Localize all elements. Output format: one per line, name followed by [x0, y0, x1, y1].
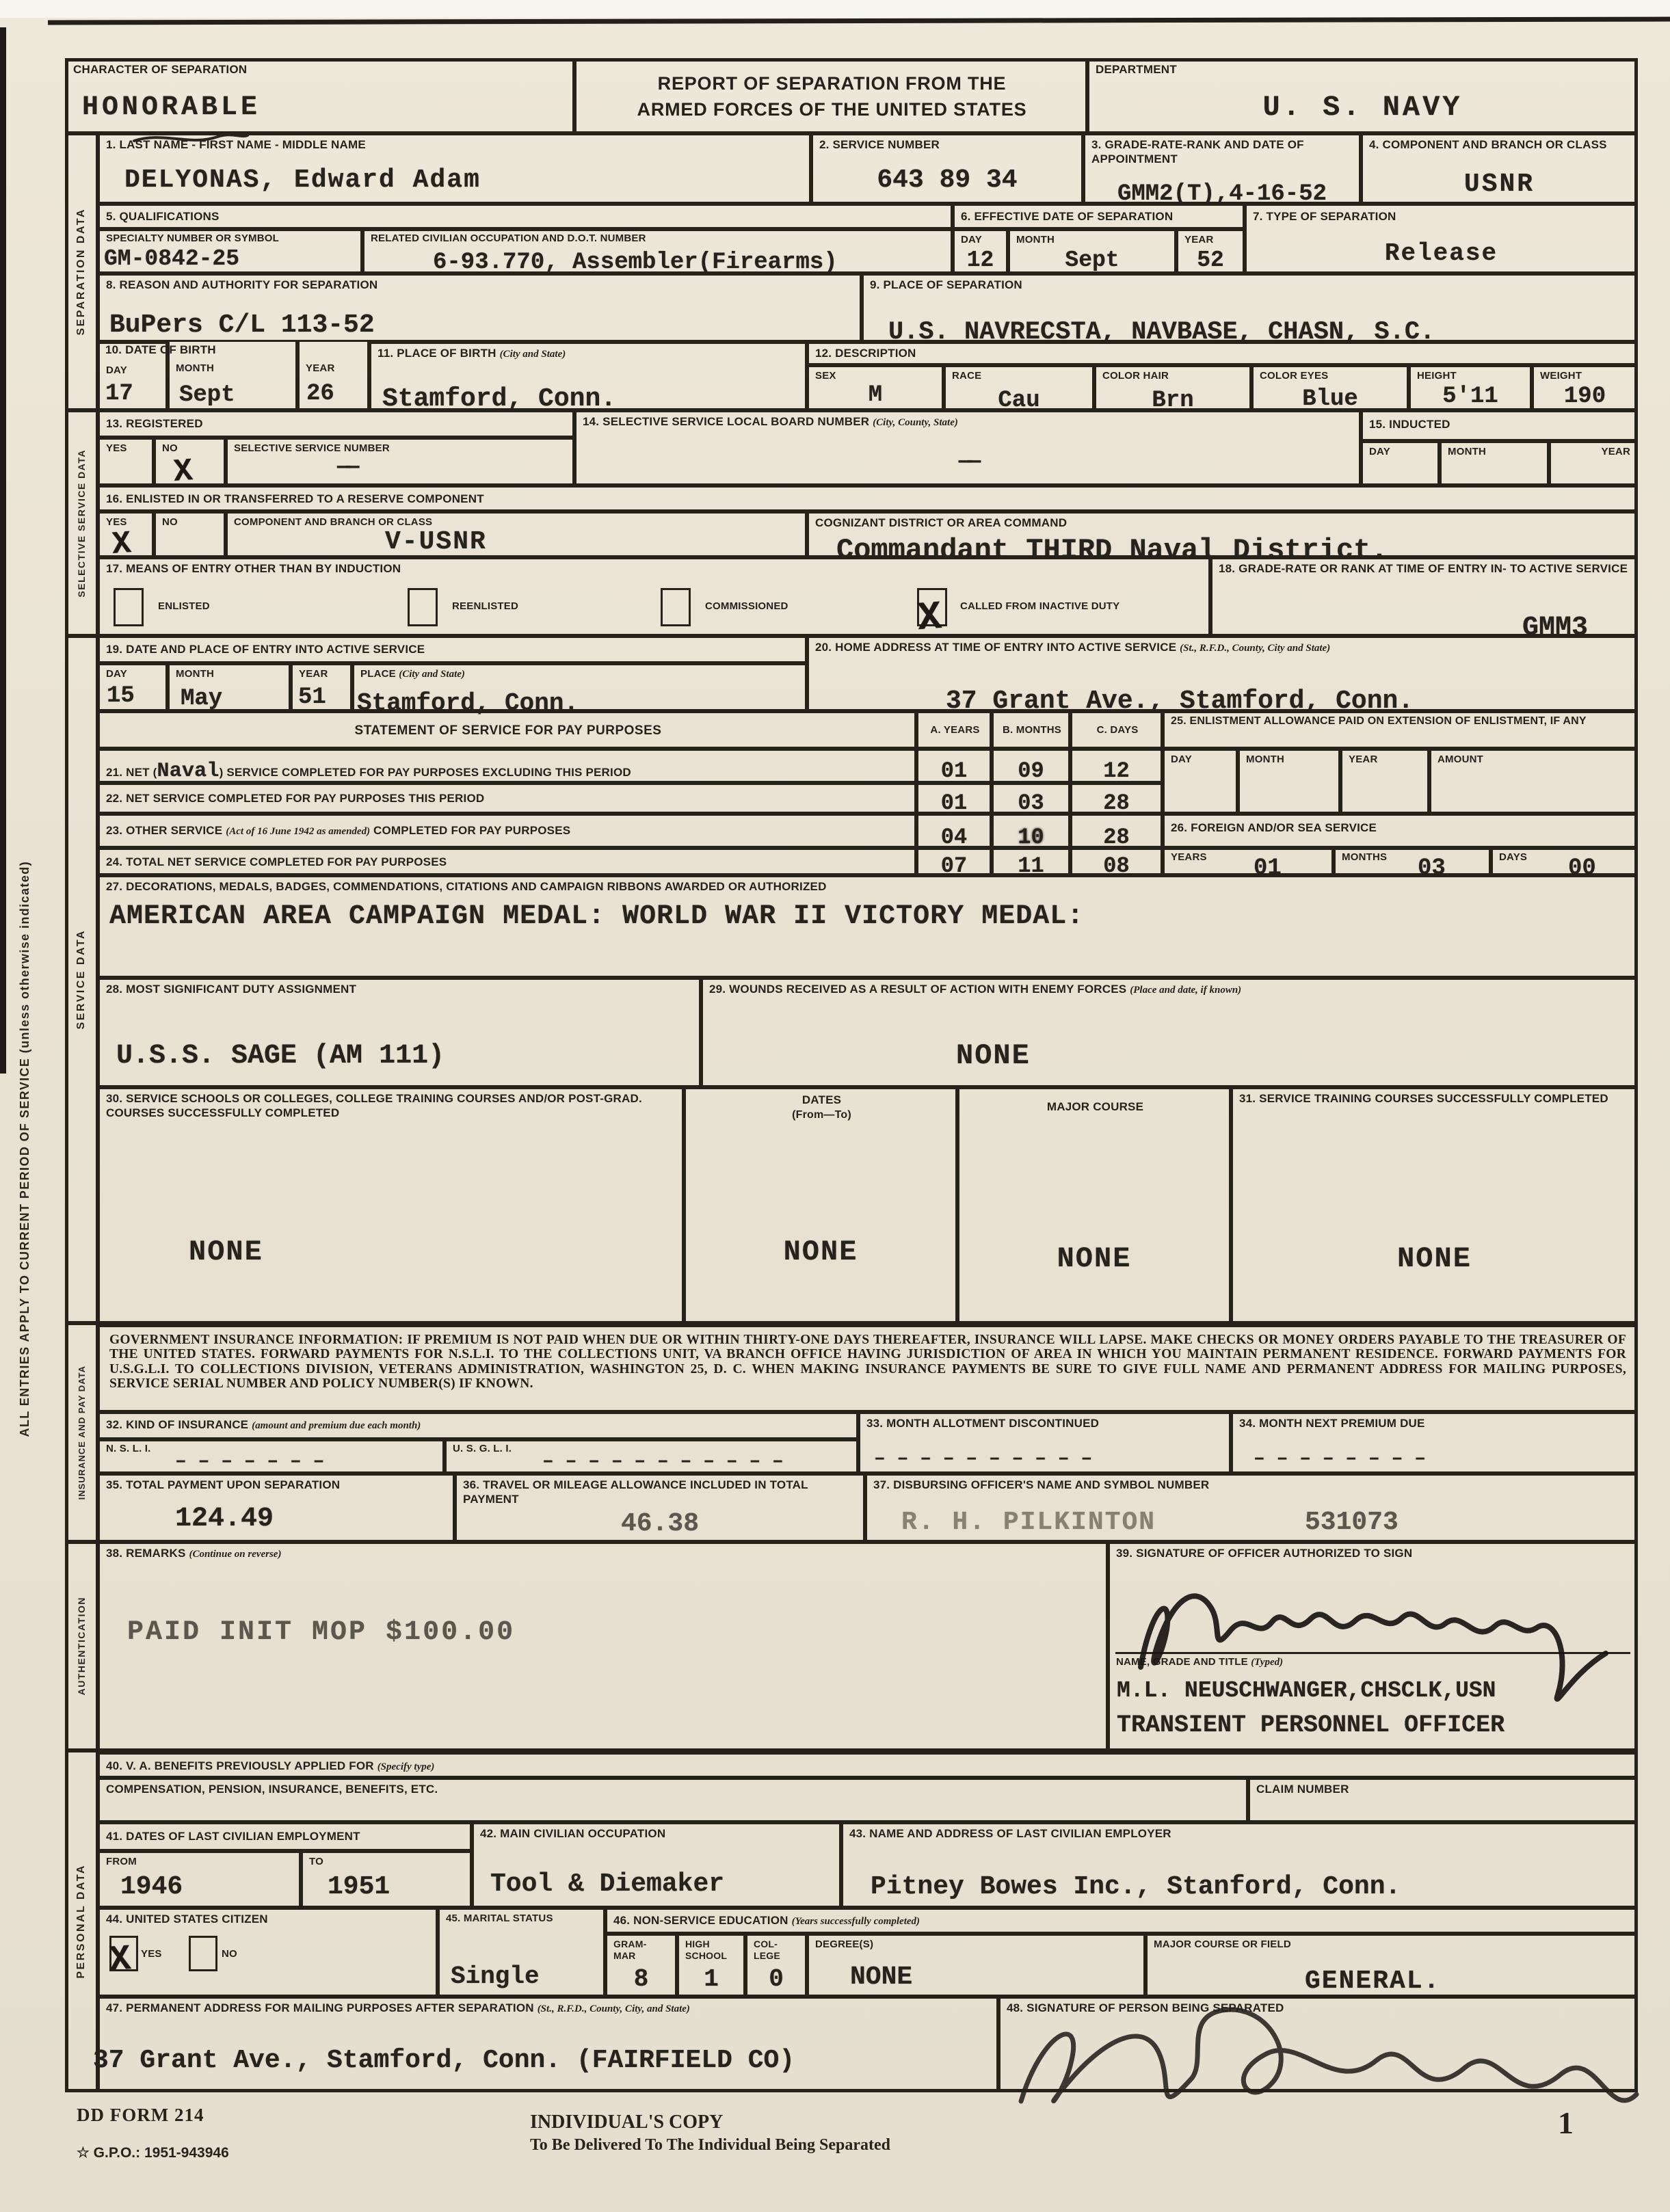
field-29-label-sub: (Place and date, if known): [1130, 985, 1241, 996]
field-44-label: 44. UNITED STATES CITIZEN: [106, 1913, 432, 1927]
field-13-label: 13. REGISTERED: [106, 417, 568, 431]
field-46-label-text: 46. NON-SERVICE EDUCATION: [613, 1914, 788, 1927]
field-13-yes: YES: [98, 438, 154, 485]
form-title-box: REPORT OF SEPARATION FROM THE ARMED FORC…: [574, 58, 1087, 133]
field-2-value: 643 89 34: [813, 168, 1081, 194]
field-16-yes-mark: X: [111, 528, 132, 561]
field-39-officer-signature: 39. SIGNATURE OF OFFICER AUTHORIZED TO S…: [1108, 1542, 1638, 1750]
form-number: DD FORM 214: [77, 2105, 204, 2126]
field-47-value: 37 Grant Ave., Stamford, Conn. (FAIRFIEL…: [93, 2048, 795, 2074]
field-16-cognizant-district: COGNIZANT DISTRICT OR AREA COMMAND Comma…: [807, 511, 1638, 557]
field-29-value: NONE: [956, 1041, 1031, 1070]
row-24-months-value: 11: [994, 855, 1068, 877]
gpo-number: ☆ G.P.O.: 1951-943946: [77, 2144, 229, 2161]
field-41-to-value: 1951: [328, 1874, 390, 1900]
field-20-home-address: 20. HOME ADDRESS AT TIME OF ENTRY INTO A…: [807, 636, 1638, 711]
color-eyes-value: Blue: [1254, 388, 1407, 411]
field-47-permanent-address: 47. PERMANENT ADDRESS FOR MAILING PURPOS…: [98, 1997, 998, 2092]
field-32-nsli: N. S. L. I. – – – – – – –: [98, 1439, 445, 1474]
field-31-value: NONE: [1233, 1244, 1636, 1273]
field-25-enlistment-allowance: 25. ENLISTMENT ALLOWANCE PAID ON EXTENSI…: [1163, 711, 1638, 749]
row-21-naval-value: Naval: [157, 760, 220, 783]
field-14-label-sub: (City, County, State): [873, 417, 958, 428]
row-22-days: 28: [1070, 783, 1163, 814]
row-22-months-value: 03: [994, 792, 1068, 814]
field-18-grade-at-entry: 18. GRADE-RATE OR RANK AT TIME OF ENTRY …: [1210, 557, 1638, 636]
rail-authentication: AUTHENTICATION: [65, 1542, 98, 1750]
row-24-days: 08: [1070, 848, 1163, 875]
name-grade-title-label-sub: (Typed): [1251, 1657, 1283, 1668]
field-37-disbursing-officer: 37. DISBURSING OFFICER'S NAME AND SYMBOL…: [865, 1474, 1638, 1542]
field-10-date-of-birth: 10. DATE OF BIRTH: [99, 342, 304, 362]
field-13-no-mark: X: [172, 455, 194, 488]
color-eyes-label: COLOR EYES: [1260, 370, 1403, 382]
field-17-label: 17. MEANS OF ENTRY OTHER THAN BY INDUCTI…: [106, 562, 1204, 576]
field-11-label: 11. PLACE OF BIRTH (City and State): [377, 347, 801, 361]
compensation-label: COMPENSATION, PENSION, INSURANCE, BENEFI…: [106, 1783, 1242, 1797]
field-31-label: 31. SERVICE TRAINING COURSES SUCCESSFULL…: [1239, 1092, 1632, 1106]
row-21-months-value: 09: [994, 760, 1068, 782]
race-value: Cau: [946, 389, 1092, 412]
row-21-label: 21. NET (Naval) SERVICE COMPLETED FOR PA…: [106, 759, 910, 784]
component-class-value: V-USNR: [385, 529, 487, 555]
row-23-years-value: 04: [918, 827, 990, 849]
field-27-label: 27. DECORATIONS, MEDALS, BADGES, COMMEND…: [106, 880, 1632, 894]
field-19-year-value: 51: [298, 686, 326, 709]
cognizant-district-label: COGNIZANT DISTRICT OR AREA COMMAND: [815, 516, 1632, 531]
field-3-grade-rate-rank: 3. GRADE-RATE-RANK AND DATE OF APPOINTME…: [1083, 133, 1361, 204]
field-15-day-label: DAY: [1369, 446, 1433, 458]
component-class-label: COMPONENT AND BRANCH OR CLASS: [234, 516, 801, 529]
field-40-compensation: COMPENSATION, PENSION, INSURANCE, BENEFI…: [98, 1778, 1248, 1822]
field-30-value: NONE: [189, 1238, 263, 1266]
dates-label-line1: DATES: [692, 1093, 951, 1108]
field-25-day: DAY: [1163, 749, 1238, 814]
field-15-day: DAY: [1361, 441, 1440, 485]
col-a-years-header: A. YEARS: [916, 711, 992, 749]
field-47-label: 47. PERMANENT ADDRESS FOR MAILING PURPOS…: [106, 2001, 992, 2016]
rail-selective-service-data-label: SELECTIVE SERVICE DATA: [76, 449, 87, 598]
field-16-component-class: COMPONENT AND BRANCH OR CLASS V-USNR: [226, 511, 807, 557]
field-9-label: 9. PLACE OF SEPARATION: [870, 278, 1632, 293]
field-27-value: AMERICAN AREA CAMPAIGN MEDAL: WORLD WAR …: [109, 903, 1084, 931]
field-19-year-label: YEAR: [299, 668, 346, 680]
field-19-month: MONTH May: [168, 663, 291, 711]
field-44-us-citizen: 44. UNITED STATES CITIZEN YES NO X: [98, 1908, 438, 1997]
high-school-label: HIGH SCHOOL: [685, 1938, 739, 1962]
field-32-label: 32. KIND OF INSURANCE (amount and premiu…: [106, 1418, 852, 1433]
field-26-months: MONTHS 03: [1334, 848, 1491, 875]
weight-value: 190: [1534, 385, 1636, 408]
field-26-days: DAYS 00: [1491, 848, 1638, 875]
college-value: 0: [747, 1967, 805, 1992]
selective-service-number-value: ——: [337, 456, 355, 478]
form-title-line2: ARMED FORCES OF THE UNITED STATES: [583, 98, 1081, 121]
field-45-label: 45. MARITAL STATUS: [446, 1913, 599, 1925]
field-46-degrees: DEGREE(S) NONE: [807, 1934, 1145, 1997]
field-26-months-label: MONTHS: [1342, 851, 1485, 864]
field-7-value: Release: [1247, 241, 1636, 266]
field-40-label-text: 40. V. A. BENEFITS PREVIOUSLY APPLIED FO…: [106, 1759, 374, 1772]
field-33-label: 33. MONTH ALLOTMENT DISCONTINUED: [866, 1417, 1225, 1431]
rail-insurance-pay-data-label: INSURANCE AND PAY DATA: [77, 1365, 87, 1500]
field-6-year-value: 52: [1178, 249, 1243, 271]
dates-label-line2: (From—To): [692, 1108, 951, 1122]
high-school-value: 1: [679, 1967, 743, 1992]
field-6-month: MONTH Sept: [1008, 229, 1176, 274]
field-25-month: MONTH: [1238, 749, 1340, 814]
enlisted-checkbox: [114, 588, 144, 626]
field-30-label: 30. SERVICE SCHOOLS OR COLLEGES, COLLEGE…: [106, 1092, 678, 1120]
field-10-year-label: YEAR: [306, 362, 363, 375]
field-40-label: 40. V. A. BENEFITS PREVIOUSLY APPLIED FO…: [106, 1759, 1632, 1774]
field-41-from-label: FROM: [106, 1856, 295, 1868]
field-12-race: RACE Cau: [944, 365, 1094, 410]
field-10-month-value: Sept: [179, 384, 235, 407]
rail-insurance-pay-data: INSURANCE AND PAY DATA: [65, 1323, 98, 1542]
field-42-label: 42. MAIN CIVILIAN OCCUPATION: [480, 1827, 835, 1841]
field-28-label: 28. MOST SIGNIFICANT DUTY ASSIGNMENT: [106, 983, 695, 997]
major-field-value: GENERAL.: [1305, 1969, 1440, 1995]
field-46-high-school: HIGH SCHOOL 1: [677, 1934, 745, 1997]
col-dates-from-to: DATES (From—To) NONE: [684, 1087, 957, 1323]
field-39-label: 39. SIGNATURE OF OFFICER AUTHORIZED TO S…: [1116, 1547, 1632, 1561]
row-24-years-value: 07: [918, 855, 990, 877]
field-41-to-label: TO: [309, 1856, 466, 1868]
field-34-value: – – – – – – – –: [1254, 1450, 1426, 1469]
row-24-label: 24. TOTAL NET SERVICE COMPLETED FOR PAY …: [106, 855, 910, 870]
field-43-value: Pitney Bowes Inc., Stanford, Conn.: [871, 1874, 1401, 1900]
field-20-label: 20. HOME ADDRESS AT TIME OF ENTRY INTO A…: [815, 641, 1632, 655]
col-c-days-header: C. DAYS: [1070, 711, 1163, 749]
row-21-years-value: 01: [918, 760, 990, 782]
field-16-no: NO: [154, 511, 226, 557]
officer-typed-name: M.L. NEUSCHWANGER,CHSCLK,USN: [1117, 1679, 1496, 1702]
field-15-year: YEAR: [1549, 441, 1638, 485]
major-course-value: NONE: [959, 1244, 1229, 1273]
field-12-color-eyes: COLOR EYES Blue: [1251, 365, 1409, 410]
field-41-to: TO 1951: [301, 1851, 472, 1908]
copy-designation: INDIVIDUAL'S COPY: [530, 2111, 723, 2133]
field-47-label-sub: (St., R.F.D., County, City, and State): [538, 2003, 690, 2014]
field-1-value: DELYONAS, Edward Adam: [124, 168, 481, 194]
field-46-label: 46. NON-SERVICE EDUCATION (Years success…: [613, 1914, 1632, 1928]
field-6-month-label: MONTH: [1016, 234, 1170, 246]
field-10-day-value: 17: [105, 382, 133, 405]
field-10-month-label: MONTH: [176, 362, 291, 375]
field-25-year-label: YEAR: [1349, 754, 1423, 766]
government-insurance-information: GOVERNMENT INSURANCE INFORMATION: IF PRE…: [98, 1323, 1638, 1412]
field-9-place-of-separation: 9. PLACE OF SEPARATION U.S. NAVRECSTA, N…: [862, 274, 1638, 342]
field-40-va-benefits: 40. V. A. BENEFITS PREVIOUSLY APPLIED FO…: [98, 1750, 1638, 1778]
field-12-description: 12. DESCRIPTION: [807, 342, 1638, 365]
field-10-year-value: 26: [306, 382, 334, 405]
color-hair-value: Brn: [1096, 389, 1249, 412]
citizen-yes-mark: X: [108, 1942, 132, 1979]
field-42-civilian-occupation: 42. MAIN CIVILIAN OCCUPATION Tool & Diem…: [472, 1822, 841, 1908]
field-18-label: 18. GRADE-RATE OR RANK AT TIME OF ENTRY …: [1219, 562, 1632, 576]
field-25-day-label: DAY: [1171, 754, 1232, 766]
field-45-marital-status: 45. MARITAL STATUS Single: [438, 1908, 605, 1997]
field-29-wounds: 29. WOUNDS RECEIVED AS A RESULT OF ACTIO…: [701, 978, 1638, 1087]
field-19-label: 19. DATE AND PLACE OF ENTRY INTO ACTIVE …: [106, 643, 801, 657]
field-6-day-label: DAY: [961, 234, 1002, 246]
field-13-no: NO X: [154, 438, 226, 485]
field-15-inducted: 15. INDUCTED: [1361, 410, 1638, 441]
field-16-label: 16. ENLISTED IN OR TRANSFERRED TO A RESE…: [106, 492, 1632, 507]
name-grade-title-label: NAME, GRADE AND TITLE (Typed): [1116, 1656, 1632, 1668]
specialty-number-value: GM-0842-25: [104, 248, 239, 270]
field-25-year: YEAR: [1340, 749, 1429, 814]
field-37-label: 37. DISBURSING OFFICER'S NAME AND SYMBOL…: [873, 1478, 1632, 1493]
statement-of-service-header: STATEMENT OF SERVICE FOR PAY PURPOSES: [98, 711, 916, 749]
field-12-weight: WEIGHT 190: [1532, 365, 1638, 410]
field-12-label: 12. DESCRIPTION: [815, 347, 1632, 361]
col-major-course: MAJOR COURSE NONE: [957, 1087, 1231, 1323]
row-23-months: 10: [992, 814, 1070, 848]
field-34-next-premium-due: 34. MONTH NEXT PREMIUM DUE – – – – – – –…: [1231, 1412, 1638, 1474]
row-24-years: 07: [916, 848, 992, 875]
field-43-label: 43. NAME AND ADDRESS OF LAST CIVILIAN EM…: [849, 1827, 1632, 1841]
field-38-value: PAID INIT MOP $100.00: [127, 1619, 515, 1647]
page-number: 1: [1558, 2105, 1574, 2141]
field-13-registered: 13. REGISTERED: [98, 410, 574, 438]
field-6-year-label: YEAR: [1184, 234, 1238, 246]
rail-service-data: SERVICE DATA: [65, 636, 98, 1323]
col-a-years-label: A. YEARS: [925, 724, 985, 736]
field-19-month-label: MONTH: [176, 668, 284, 680]
field-45-value: Single: [451, 1964, 540, 1989]
specialty-number-label: SPECIALTY NUMBER OR SYMBOL: [106, 232, 356, 245]
field-2-label: 2. SERVICE NUMBER: [819, 138, 1077, 152]
row-24-months: 11: [992, 848, 1070, 875]
related-occupation-label: RELATED CIVILIAN OCCUPATION AND D.O.T. N…: [371, 232, 946, 245]
government-insurance-text: GOVERNMENT INSURANCE INFORMATION: IF PRE…: [109, 1333, 1626, 1391]
field-16-yes: YES X: [98, 511, 154, 557]
field-19-place-label-text: PLACE: [360, 668, 396, 680]
field-33-allotment-discontinued: 33. MONTH ALLOTMENT DISCONTINUED – – – –…: [858, 1412, 1231, 1474]
row-23-months-value: 10: [994, 827, 1068, 849]
row-23-label-pre: 23. OTHER SERVICE: [106, 824, 222, 837]
height-value: 5'11: [1411, 385, 1530, 408]
citizen-no-checkbox: [189, 1936, 217, 1971]
department-value: U. S. NAVY: [1089, 93, 1636, 122]
row-21-label-post: ) SERVICE COMPLETED FOR PAY PURPOSES EXC…: [220, 766, 631, 779]
usgli-value: – – – – – – – – – – –: [542, 1452, 784, 1471]
disbursing-officer-name: R. H. PILKINTON: [901, 1510, 1156, 1536]
field-43-civilian-employer: 43. NAME AND ADDRESS OF LAST CIVILIAN EM…: [841, 1822, 1638, 1908]
character-of-separation-value: HONORABLE: [82, 94, 261, 122]
color-hair-label: COLOR HAIR: [1102, 370, 1245, 382]
field-31-training-courses: 31. SERVICE TRAINING COURSES SUCCESSFULL…: [1231, 1087, 1638, 1323]
field-6-day-value: 12: [955, 249, 1006, 271]
field-28-value: U.S.S. SAGE (AM 111): [116, 1043, 445, 1070]
row-23-days: 28: [1070, 814, 1163, 848]
field-department: DEPARTMENT U. S. NAVY: [1087, 58, 1638, 133]
field-19-place-label: PLACE (City and State): [360, 668, 801, 680]
field-38-label-sub: (Continue on reverse): [189, 1549, 281, 1560]
field-26-years: YEARS 01: [1163, 848, 1334, 875]
called-from-inactive-duty-label: CALLED FROM INACTIVE DUTY: [960, 600, 1186, 613]
field-15-month: MONTH: [1440, 441, 1549, 485]
row-23-label-post: COMPLETED FOR PAY PURPOSES: [373, 824, 570, 837]
related-occupation-value: 6-93.770, Assembler(Firearms): [433, 251, 838, 274]
major-course-label: MAJOR COURSE: [966, 1100, 1225, 1115]
field-19-place: PLACE (City and State) Stamford, Conn.: [352, 663, 807, 711]
field-19-year: YEAR 51: [291, 663, 352, 711]
field-42-value: Tool & Diemaker: [490, 1871, 724, 1897]
rail-personal-data: PERSONAL DATA: [65, 1750, 98, 2092]
col-b-months-header: B. MONTHS: [992, 711, 1070, 749]
field-29-label-text: 29. WOUNDS RECEIVED AS A RESULT OF ACTIO…: [709, 983, 1126, 996]
row-24-total-net-service: 24. TOTAL NET SERVICE COMPLETED FOR PAY …: [98, 848, 916, 875]
field-2-service-number: 2. SERVICE NUMBER 643 89 34: [811, 133, 1083, 204]
field-12-height: HEIGHT 5'11: [1409, 365, 1532, 410]
field-8-reason-authority: 8. REASON AND AUTHORITY FOR SEPARATION B…: [98, 274, 862, 342]
row-24-days-value: 08: [1072, 855, 1161, 877]
field-8-value: BuPers C/L 113-52: [109, 312, 375, 338]
field-11-place-of-birth: 11. PLACE OF BIRTH (City and State) Stam…: [369, 342, 807, 410]
dates-value: NONE: [686, 1238, 955, 1266]
field-15-year-label: YEAR: [1602, 446, 1630, 458]
field-13-yes-label: YES: [106, 442, 148, 455]
degrees-label: DEGREE(S): [815, 1938, 1139, 1951]
field-15-month-label: MONTH: [1448, 446, 1543, 458]
nsli-value: – – – – – – –: [175, 1452, 324, 1471]
rail-separation-data: SEPARATION DATA: [65, 133, 98, 410]
signature-rule: [1115, 1652, 1630, 1654]
margin-note: ALL ENTRIES APPLY TO CURRENT PERIOD OF S…: [18, 568, 32, 1730]
field-19-entry-active-service: 19. DATE AND PLACE OF ENTRY INTO ACTIVE …: [98, 636, 807, 663]
row-23-label: 23. OTHER SERVICE (Act of 16 June 1942 a…: [106, 824, 910, 838]
field-26-days-label: DAYS: [1499, 851, 1632, 864]
field-19-day-label: DAY: [106, 668, 161, 680]
field-36-value: 46.38: [621, 1511, 699, 1537]
selective-service-number-label: SELECTIVE SERVICE NUMBER: [234, 442, 568, 455]
field-32-kind-of-insurance: 32. KIND OF INSURANCE (amount and premiu…: [98, 1412, 858, 1439]
field-25-month-label: MONTH: [1246, 754, 1334, 766]
field-17-means-of-entry: 17. MEANS OF ENTRY OTHER THAN BY INDUCTI…: [98, 557, 1210, 636]
sex-value: M: [809, 384, 942, 407]
row-21-label-pre: 21. NET (: [106, 766, 157, 779]
field-11-label-text: 11. PLACE OF BIRTH: [377, 347, 496, 360]
field-38-label-text: 38. REMARKS: [106, 1547, 186, 1560]
field-41-from: FROM 1946: [98, 1851, 301, 1908]
row-23-other-service: 23. OTHER SERVICE (Act of 16 June 1942 a…: [98, 814, 916, 848]
disbursing-officer-symbol: 531073: [1305, 1510, 1399, 1536]
field-40-label-sub: (Specify type): [377, 1761, 435, 1772]
major-field-label: MAJOR COURSE OR FIELD: [1154, 1938, 1632, 1951]
field-36-label: 36. TRAVEL OR MILEAGE ALLOWANCE INCLUDED…: [463, 1478, 859, 1506]
margin-note-text: ALL ENTRIES APPLY TO CURRENT PERIOD OF S…: [18, 861, 32, 1437]
field-38-remarks: 38. REMARKS (Continue on reverse) PAID I…: [98, 1542, 1108, 1750]
field-19-day-value: 15: [107, 684, 135, 708]
field-1-label: 1. LAST NAME - FIRST NAME - MIDDLE NAME: [106, 138, 805, 152]
weight-label: WEIGHT: [1540, 370, 1632, 382]
scan-artifact-left-edge: [0, 27, 6, 1074]
character-of-separation-label: CHARACTER OF SEPARATION: [73, 63, 568, 77]
field-5-related-occupation: RELATED CIVILIAN OCCUPATION AND D.O.T. N…: [362, 229, 953, 274]
row-22-years: 01: [916, 783, 992, 814]
copy-instruction: To Be Delivered To The Individual Being …: [530, 2136, 890, 2155]
col-c-days-label: C. DAYS: [1078, 724, 1156, 736]
reenlisted-checkbox: [408, 588, 438, 626]
field-36-travel-allowance: 36. TRAVEL OR MILEAGE ALLOWANCE INCLUDED…: [455, 1474, 865, 1542]
field-26-years-label: YEARS: [1171, 851, 1327, 864]
field-6-effective-date: 6. EFFECTIVE DATE OF SEPARATION: [953, 204, 1245, 229]
field-5-specialty-number: SPECIALTY NUMBER OR SYMBOL GM-0842-25: [98, 229, 362, 274]
field-26-label: 26. FOREIGN AND/OR SEA SERVICE: [1171, 821, 1632, 836]
field-6-year: YEAR 52: [1176, 229, 1245, 274]
row-21-days: 12: [1070, 749, 1163, 783]
row-21-months: 09: [992, 749, 1070, 783]
field-3-value: GMM2(T),4-16-52: [1085, 183, 1359, 206]
field-4-label: 4. COMPONENT AND BRANCH OR CLASS: [1369, 138, 1632, 152]
field-16-reserve-component: 16. ENLISTED IN OR TRANSFERRED TO A RESE…: [98, 485, 1638, 511]
grammar-value: 8: [607, 1967, 675, 1992]
department-label: DEPARTMENT: [1096, 63, 1632, 77]
field-46-college: COL- LEGE 0: [745, 1934, 807, 1997]
rail-selective-service-data: SELECTIVE SERVICE DATA: [65, 410, 98, 636]
field-47-label-text: 47. PERMANENT ADDRESS FOR MAILING PURPOS…: [106, 2001, 534, 2014]
field-10-label: 10. DATE OF BIRTH: [105, 343, 300, 358]
row-22-years-value: 01: [918, 792, 990, 814]
field-7-label: 7. TYPE OF SEPARATION: [1253, 210, 1632, 224]
scanner-edge: [0, 0, 1670, 18]
field-32-label-sub: (amount and premium due each month): [252, 1420, 421, 1431]
field-19-place-label-sub: (City and State): [399, 669, 465, 680]
field-12-color-hair: COLOR HAIR Brn: [1094, 365, 1251, 410]
row-23-years: 04: [916, 814, 992, 848]
field-11-value: Stamford, Conn.: [382, 386, 616, 412]
field-20-label-sub: (St., R.F.D., County, City and State): [1180, 643, 1330, 654]
row-22-days-value: 28: [1072, 792, 1161, 814]
field-11-label-sub: (City and State): [500, 349, 566, 360]
claim-number-label: CLAIM NUMBER: [1256, 1783, 1632, 1797]
field-6-label: 6. EFFECTIVE DATE OF SEPARATION: [961, 210, 1238, 224]
field-46-non-service-education: 46. NON-SERVICE EDUCATION (Years success…: [605, 1908, 1638, 1934]
field-1-name: 1. LAST NAME - FIRST NAME - MIDDLE NAME …: [98, 133, 811, 204]
form-title-line1: REPORT OF SEPARATION FROM THE: [583, 72, 1081, 95]
field-12-sex: SEX M: [807, 365, 944, 410]
field-33-value: – – – – – – – – – –: [874, 1450, 1092, 1469]
field-19-day: DAY 15: [98, 663, 168, 711]
row-21-net-service-excluding: 21. NET (Naval) SERVICE COMPLETED FOR PA…: [98, 749, 916, 783]
field-4-component-branch: 4. COMPONENT AND BRANCH OR CLASS USNR: [1361, 133, 1638, 204]
grammar-label: GRAM- MAR: [613, 1938, 671, 1962]
row-21-days-value: 12: [1072, 760, 1161, 782]
called-from-inactive-duty-mark: X: [916, 598, 943, 639]
field-20-label-text: 20. HOME ADDRESS AT TIME OF ENTRY INTO A…: [815, 641, 1176, 654]
field-28-duty-assignment: 28. MOST SIGNIFICANT DUTY ASSIGNMENT U.S…: [98, 978, 701, 1087]
rail-personal-data-label: PERSONAL DATA: [75, 1864, 88, 1979]
scan-artifact-top-line: [48, 17, 1670, 25]
field-13-selective-service-number: SELECTIVE SERVICE NUMBER ——: [226, 438, 574, 485]
field-41-label: 41. DATES OF LAST CIVILIAN EMPLOYMENT: [106, 1830, 466, 1844]
field-41-dates-employment: 41. DATES OF LAST CIVILIAN EMPLOYMENT: [98, 1822, 472, 1851]
field-3-label: 3. GRADE-RATE-RANK AND DATE OF APPOINTME…: [1091, 138, 1355, 166]
field-35-label: 35. TOTAL PAYMENT UPON SEPARATION: [106, 1478, 449, 1493]
field-35-value: 124.49: [175, 1506, 274, 1533]
name-grade-title-label-text: NAME, GRADE AND TITLE: [1116, 1656, 1248, 1668]
field-8-label: 8. REASON AND AUTHORITY FOR SEPARATION: [106, 278, 856, 293]
race-label: RACE: [952, 370, 1088, 382]
field-40-claim-number: CLAIM NUMBER: [1248, 1778, 1638, 1822]
field-46-label-sub: (Years successfully completed): [792, 1916, 920, 1927]
field-10-day-label: DAY: [106, 364, 161, 377]
field-14-local-board-number: 14. SELECTIVE SERVICE LOCAL BOARD NUMBER…: [574, 410, 1361, 485]
field-46-major-field: MAJOR COURSE OR FIELD GENERAL.: [1145, 1934, 1638, 1997]
